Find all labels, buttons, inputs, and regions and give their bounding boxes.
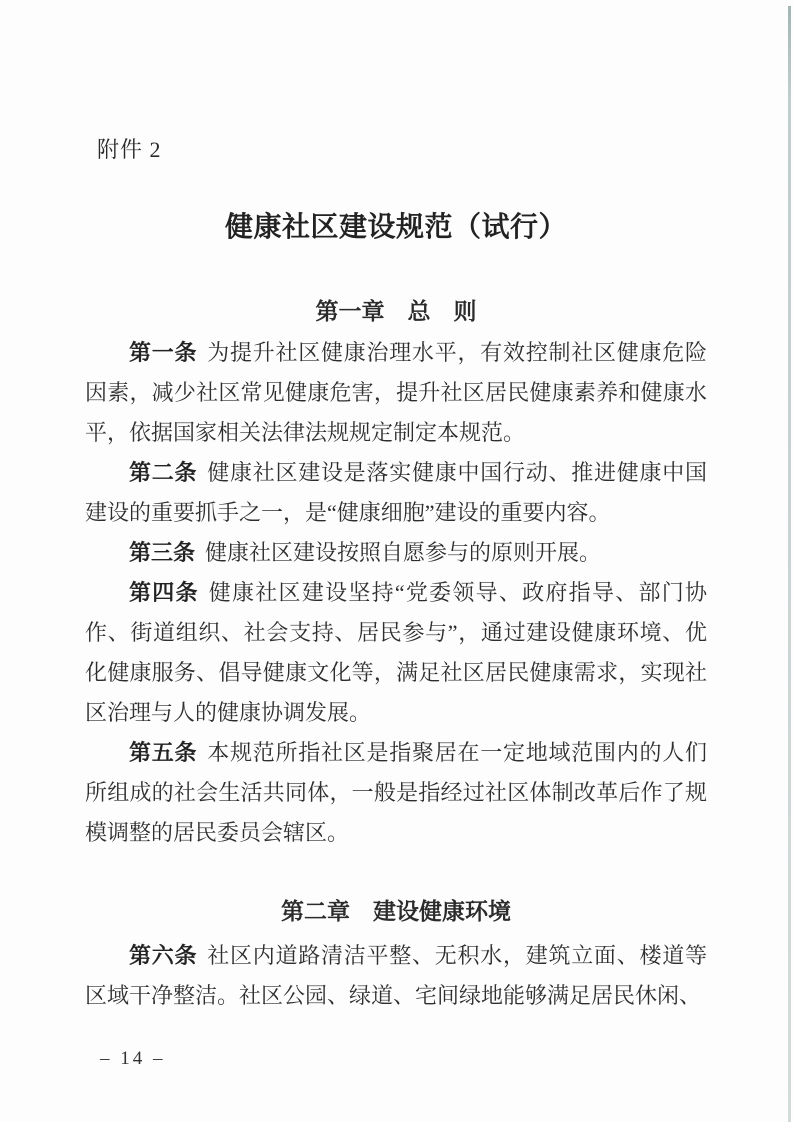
article-3-text: 健康社区建设按照自愿参与的原则开展。 <box>205 540 601 565</box>
article-3-number: 第三条 <box>129 540 195 565</box>
article-5-number: 第五条 <box>129 740 197 765</box>
article-6-paragraph: 第六条社区内道路清洁平整、无积水，建筑立面、楼道等区域干净整洁。社区公园、绿道、… <box>85 936 707 1016</box>
chapter-2-heading: 第二章 建设健康环境 <box>85 896 707 926</box>
document-content: 附件 2 健康社区建设规范（试行） 第一章 总 则 第一条为提升社区健康治理水平… <box>85 136 707 1016</box>
scanner-edge-artifact <box>788 6 791 1122</box>
page-number: – 14 – <box>100 1048 166 1070</box>
article-4-paragraph: 第四条健康社区建设坚持“党委领导、政府指导、部门协作、街道组织、社会支持、居民参… <box>85 573 707 733</box>
article-6-number: 第六条 <box>129 943 197 968</box>
article-1-number: 第一条 <box>129 340 197 365</box>
chapter-1-heading: 第一章 总 则 <box>85 296 707 326</box>
article-5-paragraph: 第五条本规范所指社区是指聚居在一定地域范围内的人们所组成的社会生活共同体，一般是… <box>85 733 707 853</box>
article-3-paragraph: 第三条健康社区建设按照自愿参与的原则开展。 <box>85 533 707 573</box>
article-1-paragraph: 第一条为提升社区健康治理水平，有效控制社区健康危险因素，减少社区常见健康危害，提… <box>85 333 707 453</box>
attachment-label: 附件 2 <box>97 136 707 164</box>
article-2-paragraph: 第二条健康社区建设是落实健康中国行动、推进健康中国建设的重要抓手之一，是“健康细… <box>85 453 707 533</box>
document-title: 健康社区建设规范（试行） <box>85 206 707 250</box>
document-page: 附件 2 健康社区建设规范（试行） 第一章 总 则 第一条为提升社区健康治理水平… <box>0 0 793 1122</box>
article-2-number: 第二条 <box>129 460 197 485</box>
article-4-number: 第四条 <box>129 580 199 605</box>
